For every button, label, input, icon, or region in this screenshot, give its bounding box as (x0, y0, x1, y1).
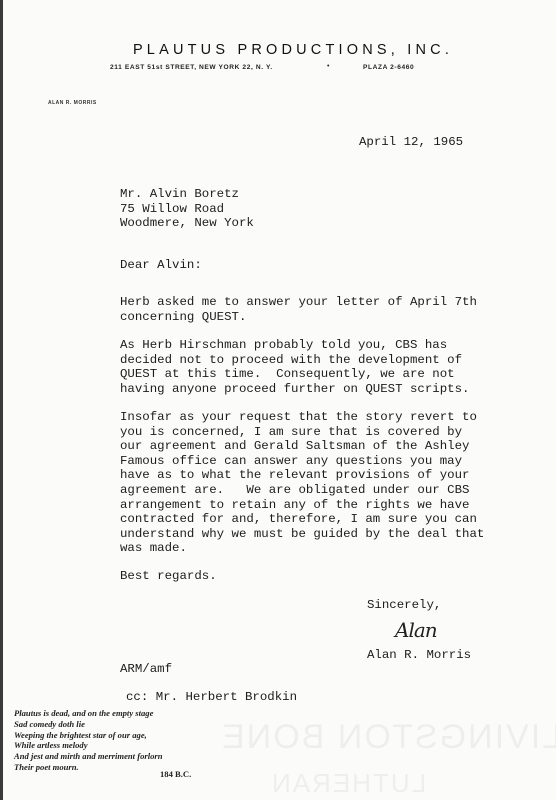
poem-line: And jest and mirth and merriment forlorn (14, 751, 163, 762)
letterhead-person: ALAN R. MORRIS (48, 100, 97, 106)
poem-line: Sad comedy doth lie (14, 719, 163, 730)
letter-date: April 12, 1965 (359, 135, 463, 150)
bleed-through-text: LUTHERAN (270, 768, 426, 799)
letterhead-company: PLAUTUS PRODUCTIONS, INC. (0, 42, 556, 58)
recipient-city: Woodmere, New York (120, 216, 254, 231)
recipient-street: 75 Willow Road (120, 202, 254, 217)
body-paragraph-1: Herb asked me to answer your letter of A… (120, 295, 477, 324)
poem-line: While artless melody (14, 740, 163, 751)
cc-line: cc: Mr. Herbert Brodkin (126, 690, 297, 705)
letterhead-phone: PLAZA 2-6460 (363, 64, 414, 71)
salutation: Dear Alvin: (120, 258, 202, 273)
handwritten-signature: Alan (395, 618, 437, 642)
body-paragraph-2: As Herb Hirschman probably told you, CBS… (120, 338, 469, 396)
page-edge (0, 0, 3, 800)
footer-poem: Plautus is dead, and on the empty stage … (14, 708, 163, 773)
letterhead-address: 211 EAST 51st STREET, NEW YORK 22, N. Y. (110, 64, 273, 71)
signer-name: Alan R. Morris (367, 648, 471, 663)
recipient-name: Mr. Alvin Boretz (120, 187, 254, 202)
recipient-address: Mr. Alvin Boretz75 Willow RoadWoodmere, … (120, 187, 254, 231)
body-paragraph-3: Insofar as your request that the story r… (120, 410, 484, 556)
letterhead-separator: • (327, 63, 329, 70)
sign-off: Sincerely, (367, 598, 441, 613)
poem-line: Plautus is dead, and on the empty stage (14, 708, 163, 719)
poem-line: Their poet mourn. (14, 762, 163, 773)
typist-initials: ARM/amf (120, 662, 172, 677)
closing: Best regards. (120, 569, 217, 584)
poem-date: 184 B.C. (160, 769, 191, 779)
poem-line: Weeping the brightest star of our age, (14, 730, 163, 741)
bleed-through-text: LIVINGSTON BONE (220, 718, 556, 757)
